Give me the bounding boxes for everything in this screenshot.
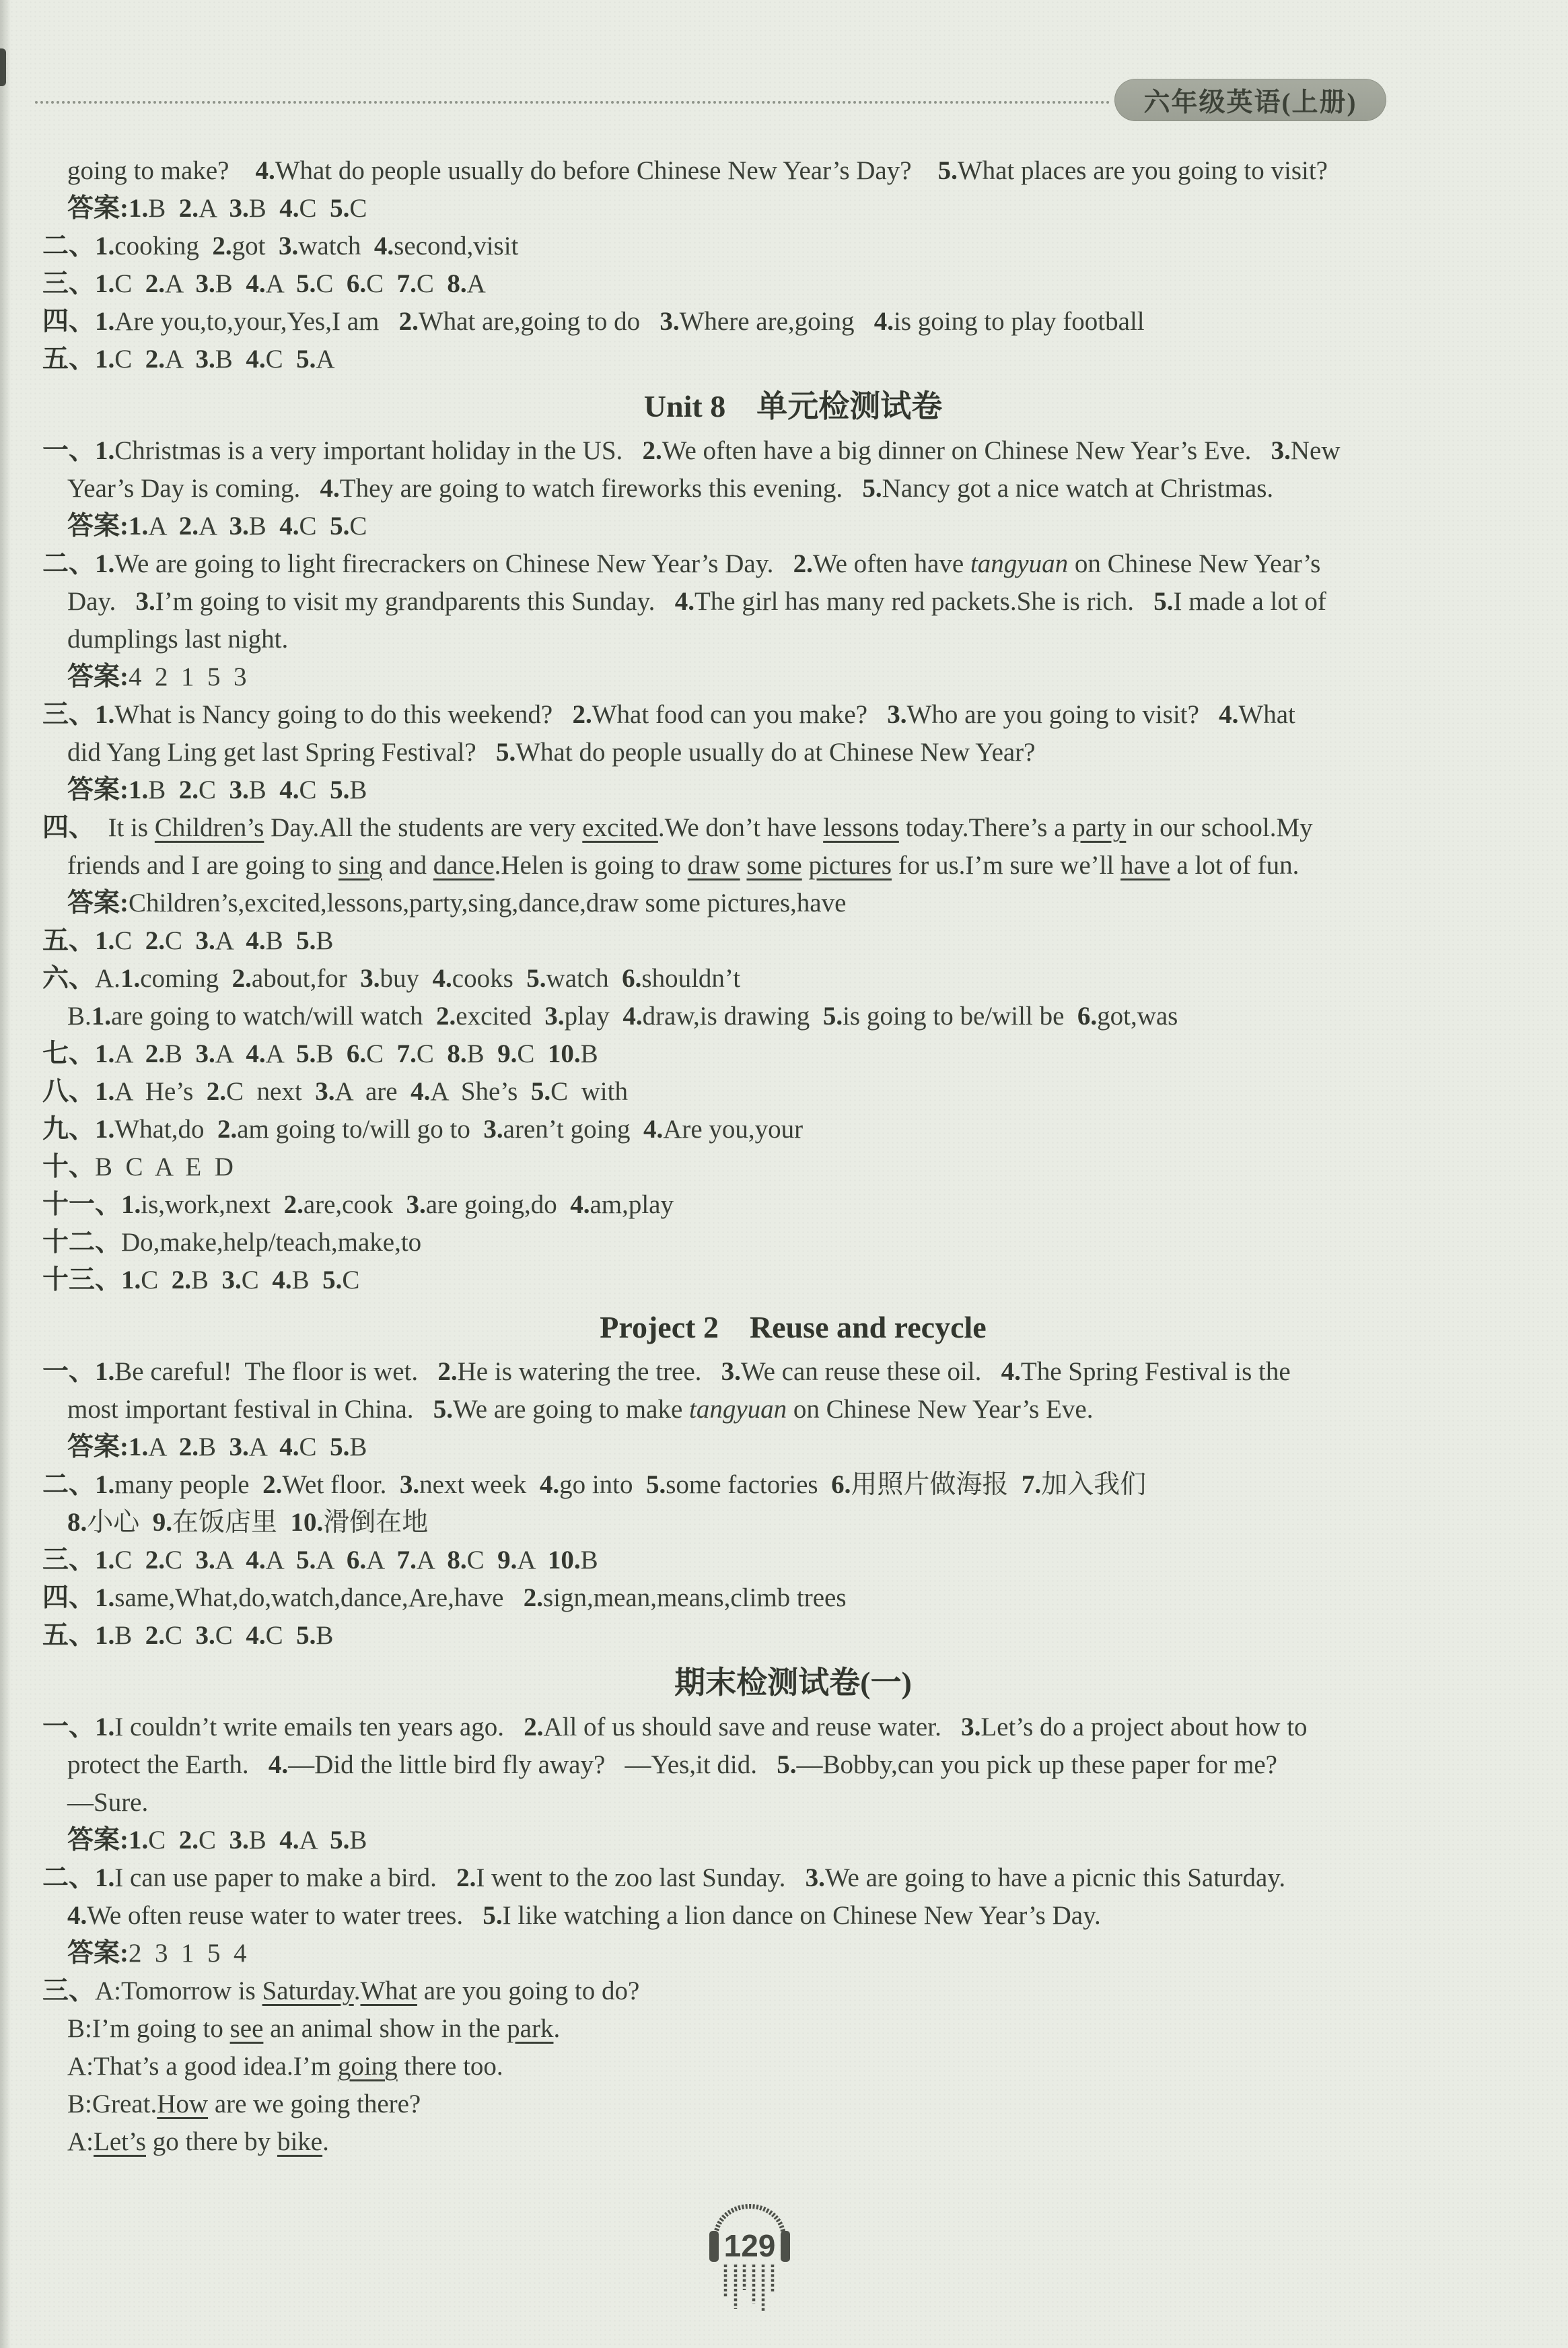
text-line: 一、1.I couldn’t write emails ten years ag… [42, 1708, 1544, 1746]
text-line: 答案:Children’s,excited,lessons,party,sing… [42, 885, 1544, 922]
text-line: 二、1.I can use paper to make a bird. 2.I … [42, 1859, 1544, 1897]
text-line: 四、1.Are you,to,your,Yes,I am 2.What are,… [42, 303, 1544, 341]
text-line: Year’s Day is coming. 4.They are going t… [42, 470, 1544, 508]
header-dotted-rule [35, 101, 1110, 104]
text-line: B:Great.How are we going there? [42, 2085, 1544, 2123]
text-line: 七、1.A 2.B 3.A 4.A 5.B 6.C 7.C 8.B 9.C 10… [42, 1035, 1544, 1073]
text-line: 一、1.Be careful! The floor is wet. 2.He i… [42, 1353, 1544, 1391]
text-line: 五、1.C 2.C 3.A 4.B 5.B [42, 922, 1544, 960]
text-line: 十二、Do,make,help/teach,make,to [42, 1224, 1544, 1262]
text-line: B.1.are going to watch/will watch 2.exci… [42, 998, 1544, 1035]
text-line: 答案:1.B 2.C 3.B 4.C 5.B [42, 771, 1544, 809]
text-line: 答案:4 2 1 5 3 [42, 658, 1544, 696]
text-line: 四、1.same,What,do,watch,dance,Are,have 2.… [42, 1579, 1544, 1617]
text-line: 答案:1.A 2.A 3.B 4.C 5.C [42, 508, 1544, 545]
text-line: 二、1.We are going to light firecrackers o… [42, 545, 1544, 583]
text-line: 8.小心 9.在饭店里 10.滑倒在地 [42, 1504, 1544, 1542]
text-line: 三、1.C 2.C 3.A 4.A 5.A 6.A 7.A 8.C 9.A 10… [42, 1542, 1544, 1579]
text-line: 五、1.B 2.C 3.C 4.C 5.B [42, 1617, 1544, 1655]
text-line: 二、1.cooking 2.got 3.watch 4.second,visit [42, 228, 1544, 265]
text-line: A:That’s a good idea.I’m going there too… [42, 2048, 1544, 2085]
text-line: Day. 3.I’m going to visit my grandparent… [42, 583, 1544, 621]
page-number-graphic: 129 [705, 2184, 794, 2316]
text-line: 六、A.1.coming 2.about,for 3.buy 4.cooks 5… [42, 960, 1544, 998]
text-line: 二、1.many people 2.Wet floor. 3.next week… [42, 1466, 1544, 1504]
text-line: most important festival in China. 5.We a… [42, 1391, 1544, 1428]
text-line: protect the Earth. 4.—Did the little bir… [42, 1746, 1544, 1784]
text-line: 四、 It is Children’s Day.All the students… [42, 809, 1544, 847]
text-line: 4.We often reuse water to water trees. 5… [42, 1897, 1544, 1935]
grade-badge: 六年级英语(上册) [1114, 79, 1386, 121]
text-line: 三、A:Tomorrow is Saturday.What are you go… [42, 1972, 1544, 2010]
text-line: 答案:1.A 2.B 3.A 4.C 5.B [42, 1428, 1544, 1466]
text-line: 五、1.C 2.A 3.B 4.C 5.A [42, 341, 1544, 378]
text-line: 答案:2 3 1 5 4 [42, 1935, 1544, 1972]
text-line: A:Let’s go there by bike. [42, 2123, 1544, 2161]
section-heading: Project 2 Reuse and recycle [42, 1299, 1544, 1353]
text-line: friends and I are going to sing and danc… [42, 847, 1544, 885]
workbook-page: 六年级英语(上册) going to make? 4.What do peopl… [0, 0, 1568, 2348]
text-line: 三、1.C 2.A 3.B 4.A 5.C 6.C 7.C 8.A [42, 265, 1544, 303]
text-line: —Sure. [42, 1784, 1544, 1822]
text-line: 答案:1.B 2.A 3.B 4.C 5.C [42, 190, 1544, 228]
text-line: 一、1.Christmas is a very important holida… [42, 432, 1544, 470]
text-line: 十一、1.is,work,next 2.are,cook 3.are going… [42, 1186, 1544, 1224]
text-line: 三、1.What is Nancy going to do this weeke… [42, 696, 1544, 734]
text-line: did Yang Ling get last Spring Festival? … [42, 734, 1544, 771]
text-line: 答案:1.C 2.C 3.B 4.A 5.B [42, 1822, 1544, 1859]
page-number: 129 [724, 2228, 776, 2263]
content: going to make? 4.What do people usually … [0, 152, 1568, 2161]
text-line: B:I’m going to see an animal show in the… [42, 2010, 1544, 2048]
text-line: 十三、1.C 2.B 3.C 4.B 5.C [42, 1262, 1544, 1299]
text-line: 十、B C A E D [42, 1148, 1544, 1186]
section-heading: 期末检测试卷(一) [42, 1655, 1544, 1708]
section-heading: Unit 8 单元检测试卷 [42, 378, 1544, 432]
text-line: going to make? 4.What do people usually … [42, 152, 1544, 190]
grade-badge-label: 六年级英语(上册) [1144, 81, 1357, 119]
text-line: dumplings last night. [42, 621, 1544, 658]
text-line: 八、1.A He’s 2.C next 3.A are 4.A She’s 5.… [42, 1073, 1544, 1111]
scan-mark [0, 48, 6, 86]
text-line: 九、1.What,do 2.am going to/will go to 3.a… [42, 1111, 1544, 1148]
